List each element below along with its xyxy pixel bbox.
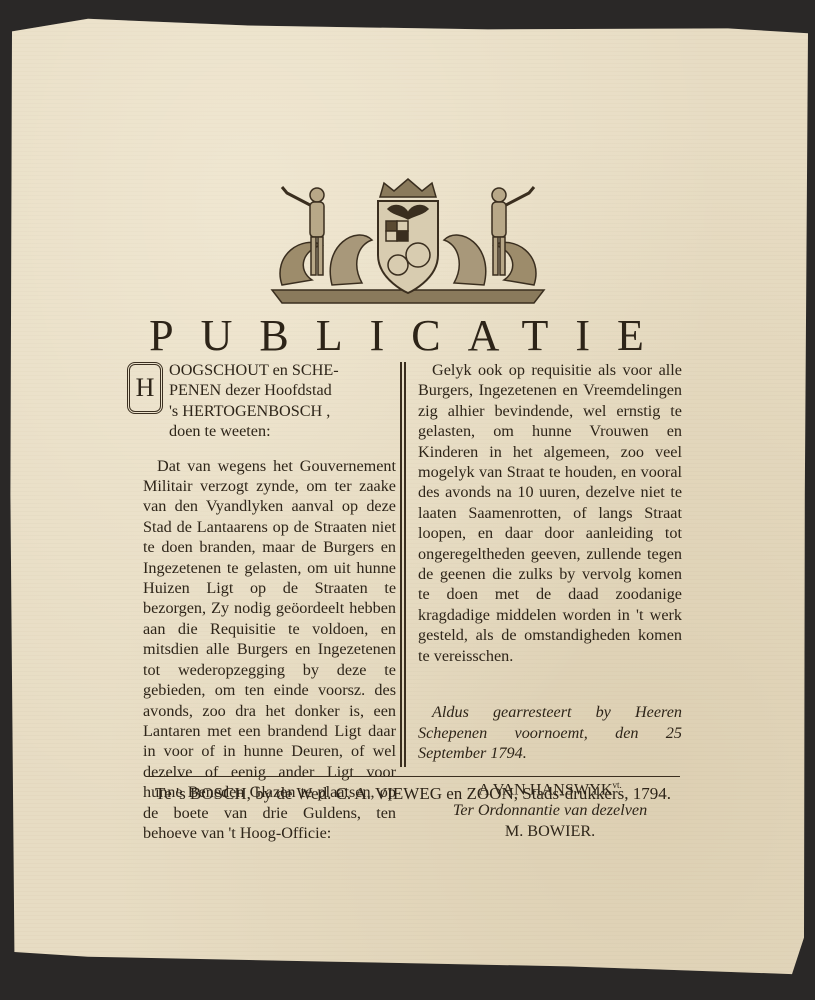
signatory-2-name: M. BOWIER. <box>418 821 682 841</box>
decorated-initial: H <box>127 362 163 414</box>
intro-text: OOGSCHOUT en SCHE- PENEN dezer Hoofdstad… <box>169 360 396 442</box>
printer-imprint: Te 's BOSCH, by de Wed. C. A. VIEWEG en … <box>146 784 680 804</box>
paper-sheet <box>8 14 808 976</box>
right-paragraph: Gelyk ook op requisitie als voor alle Bu… <box>418 360 682 666</box>
enactment-text: Aldus gearresteert by Heeren Schepenen v… <box>418 702 682 763</box>
intro-line: doen te weeten: <box>169 421 396 441</box>
intro-line: OOGSCHOUT en SCHE- <box>169 360 396 380</box>
page-title: PUBLICATIE <box>140 314 680 358</box>
column-divider <box>400 362 406 767</box>
coat-of-arms-icon <box>262 175 554 305</box>
intro-block: H OOGSCHOUT en SCHE- PENEN dezer Hoofdst… <box>143 360 396 442</box>
right-column: Gelyk ook op requisitie als voor alle Bu… <box>418 360 682 841</box>
intro-line: 's HERTOGENBOSCH , <box>169 401 396 421</box>
intro-line: PENEN dezer Hoofdstad <box>169 380 396 400</box>
left-column: H OOGSCHOUT en SCHE- PENEN dezer Hoofdst… <box>143 360 396 843</box>
footer-rule <box>146 776 680 777</box>
